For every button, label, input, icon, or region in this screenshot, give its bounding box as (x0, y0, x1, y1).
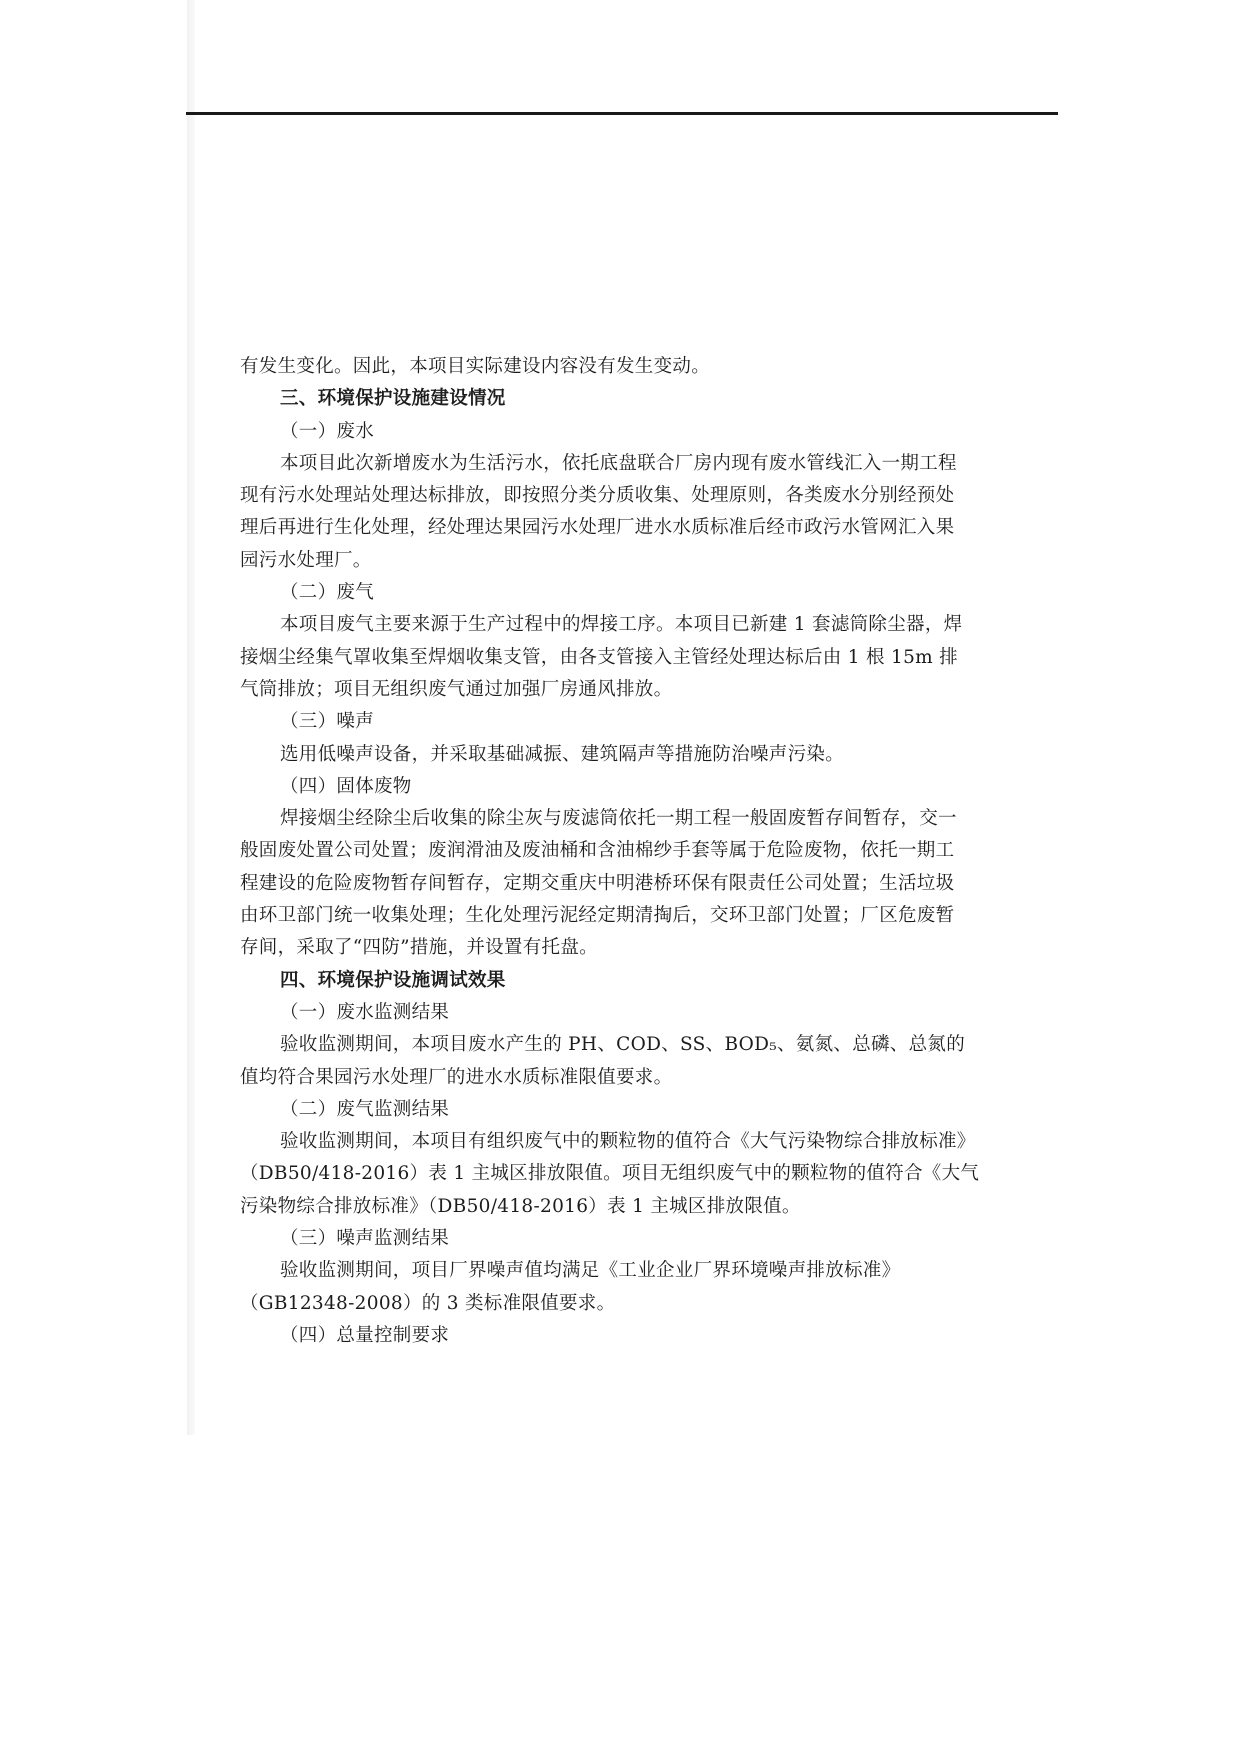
subheading-noise: （三）噪声 (240, 706, 968, 738)
scan-edge-shadow (187, 0, 195, 1435)
para-line: 程建设的危险废物暂存间暂存，定期交重庆中明港桥环保有限责任公司处置；生活垃圾 (240, 868, 968, 900)
para-line: 理后再进行生化处理，经处理达果园污水处理厂进水水质标准后经市政污水管网汇入果 (240, 512, 968, 544)
para-line: 接烟尘经集气罩收集至焊烟收集支管，由各支管接入主管经处理达标后由 1 根 15m… (240, 642, 968, 674)
para-line: 由环卫部门统一收集处理；生化处理污泥经定期清掏后，交环卫部门处置；厂区危废暂 (240, 900, 968, 932)
subheading-waste-gas: （二）废气 (240, 577, 968, 609)
text-line: 有发生变化。因此，本项目实际建设内容没有发生变动。 (240, 351, 968, 383)
para-line: 存间，采取了“四防”措施，并设置有托盘。 (240, 932, 968, 964)
paragraph-noise-monitoring: 验收监测期间，项目厂界噪声值均满足《工业企业厂界环境噪声排放标准》 （GB123… (240, 1255, 968, 1320)
document-body: 有发生变化。因此，本项目实际建设内容没有发生变动。 三、环境保护设施建设情况 （… (240, 351, 968, 1352)
para-line: （DB50/418-2016）表 1 主城区排放限值。项目无组织废气中的颗粒物的… (240, 1158, 968, 1190)
para-line: 园污水处理厂。 (240, 545, 968, 577)
subheading-gas-monitoring: （二）废气监测结果 (240, 1094, 968, 1126)
subheading-noise-monitoring: （三）噪声监测结果 (240, 1223, 968, 1255)
subheading-wastewater-monitoring: （一）废水监测结果 (240, 997, 968, 1029)
para-line: 验收监测期间，项目厂界噪声值均满足《工业企业厂界环境噪声排放标准》 (240, 1255, 968, 1287)
subheading-wastewater: （一）废水 (240, 416, 968, 448)
para-line: 本项目此次新增废水为生活污水，依托底盘联合厂房内现有废水管线汇入一期工程 (240, 448, 968, 480)
para-line: 本项目废气主要来源于生产过程中的焊接工序。本项目已新建 1 套滤筒除尘器，焊 (240, 609, 968, 641)
header-rule (186, 112, 1058, 115)
para-line: 验收监测期间，本项目废水产生的 PH、COD、SS、BOD₅、氨氮、总磷、总氮的 (240, 1029, 968, 1061)
subheading-total-control: （四）总量控制要求 (240, 1320, 968, 1352)
para-line: 污染物综合排放标准》（DB50/418-2016）表 1 主城区排放限值。 (240, 1191, 968, 1223)
para-line: （GB12348-2008）的 3 类标准限值要求。 (240, 1288, 968, 1320)
para-line: 般固废处置公司处置；废润滑油及废油桶和含油棉纱手套等属于危险废物，依托一期工 (240, 835, 968, 867)
paragraph-wastewater-monitoring: 验收监测期间，本项目废水产生的 PH、COD、SS、BOD₅、氨氮、总磷、总氮的… (240, 1029, 968, 1094)
para-line: 气筒排放；项目无组织废气通过加强厂房通风排放。 (240, 674, 968, 706)
paragraph-solid-waste: 焊接烟尘经除尘后收集的除尘灰与废滤筒依托一期工程一般固废暂存间暂存，交一 般固废… (240, 803, 968, 964)
subheading-solid-waste: （四）固体废物 (240, 771, 968, 803)
para-line: 现有污水处理站处理达标排放，即按照分类分质收集、处理原则，各类废水分别经预处 (240, 480, 968, 512)
paragraph-noise: 选用低噪声设备，并采取基础减振、建筑隔声等措施防治噪声污染。 (240, 739, 968, 771)
para-line: 验收监测期间，本项目有组织废气中的颗粒物的值符合《大气污染物综合排放标准》 (240, 1126, 968, 1158)
para-line: 选用低噪声设备，并采取基础减振、建筑隔声等措施防治噪声污染。 (240, 739, 968, 771)
para-line: 值均符合果园污水处理厂的进水水质标准限值要求。 (240, 1062, 968, 1094)
para-line: 焊接烟尘经除尘后收集的除尘灰与废滤筒依托一期工程一般固废暂存间暂存，交一 (240, 803, 968, 835)
section-heading-4: 四、环境保护设施调试效果 (240, 965, 968, 997)
paragraph-waste-gas: 本项目废气主要来源于生产过程中的焊接工序。本项目已新建 1 套滤筒除尘器，焊 接… (240, 609, 968, 706)
section-heading-3: 三、环境保护设施建设情况 (240, 383, 968, 415)
paragraph-gas-monitoring: 验收监测期间，本项目有组织废气中的颗粒物的值符合《大气污染物综合排放标准》 （D… (240, 1126, 968, 1223)
paragraph-wastewater: 本项目此次新增废水为生活污水，依托底盘联合厂房内现有废水管线汇入一期工程 现有污… (240, 448, 968, 577)
